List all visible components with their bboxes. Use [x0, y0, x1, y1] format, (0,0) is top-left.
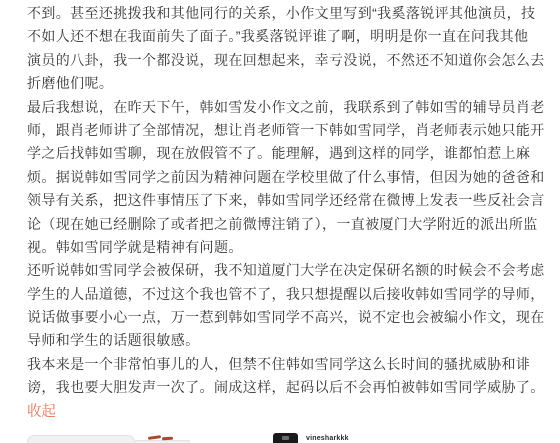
post-text-line: 学之后找韩如雪聊，现在放假管不了。能理解，遇到这样的同学，谁都怕惹上麻 [27, 142, 549, 165]
post-text-line: 视。韩如雪同学就是精神有问题。 [27, 236, 549, 259]
post-text-line: 学生的人品道德，不过这个我也管不了，我只想提醒以后接收韩如雪同学的导师， [27, 283, 549, 306]
commenter-avatar[interactable] [273, 433, 298, 443]
post-text-line: 论（现在她已经删除了或者把之前微博注销了），一直被厦门大学附近的派出所监 [27, 213, 549, 236]
post-text-line: 领导有关系，把这件事情压了下来，韩如雪同学还经常在微博上发表一些反社会言 [27, 189, 549, 212]
post-detail-view: 不到。甚至还挑拨我和其他同行的关系，小作文里写到“我奚落锐评其他演员，技 不如人… [0, 0, 560, 443]
post-text-line: 谤，我也要大胆发声一次了。闹成这样，起码以后不会再怕被韩如雪同学威胁了。 [27, 376, 549, 399]
post-text-line: 不到。甚至还挑拨我和其他同行的关系，小作文里写到“我奚落锐评其他演员，技 [27, 2, 549, 25]
post-text-line: 还听说韩如雪同学会被保研，我不知道厦门大学在决定保研名额的时候会不会考虑 [27, 259, 549, 282]
bottom-strip: vinesharkkk [0, 428, 560, 443]
post-text-line: 烦。据说韩如雪同学之前因为精神问题在学校里做了什么事情，但因为她的爸爸和 [27, 166, 549, 189]
commenter-username[interactable]: vinesharkkk [306, 435, 349, 442]
post-text-line: 不如人还不想在我面前失了面子。”我奚落锐评谁了啊，明明是你一直在问我其他 [27, 25, 549, 48]
post-text-line: 我本来是一个非常怕事儿的人，但禁不住韩如雪同学这么长时间的骚扰威胁和诽 [27, 353, 549, 376]
post-text-line: 折磨他们呢。 [27, 72, 549, 95]
post-text-line: 师，跟肖老师讲了全部情况，想让肖老师管一下韩如雪同学，肖老师表示她只能开 [27, 119, 549, 142]
rounded-bar-fragment [27, 435, 135, 443]
post-text-line: 最后我想说，在昨天下午，韩如雪发小作文之前，我联系到了韩如雪的辅导员肖老 [27, 96, 549, 119]
post-text-line: 说话做事要小心一点，万一惹到韩如雪同学不高兴，说不定也会被编小作文，现在 [27, 306, 549, 329]
post-text-line: 导师和学生的话题很敏感。 [27, 329, 549, 352]
post-text-line: 演员的八卦，我一个都没说，现在回想起来，幸亏没说，不然还不知道你会怎么去 [27, 49, 549, 72]
post-text: 不到。甚至还挑拨我和其他同行的关系，小作文里写到“我奚落锐评其他演员，技 不如人… [27, 2, 549, 421]
collapse-link[interactable]: 收起 [27, 403, 56, 421]
